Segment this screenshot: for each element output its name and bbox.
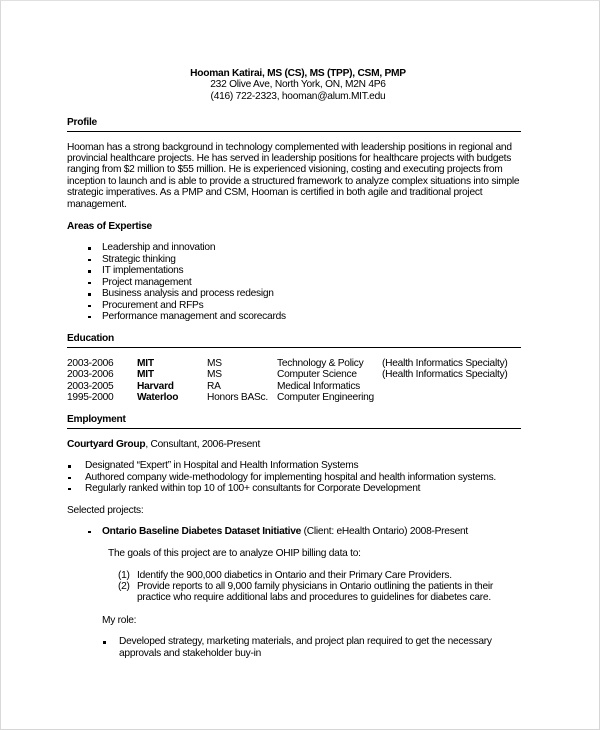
edu-field: Computer Engineering	[277, 392, 382, 403]
role-list: Developed strategy, marketing materials,…	[67, 636, 521, 659]
list-item: Authored company wide-methodology for im…	[67, 472, 521, 483]
selected-projects-label: Selected projects:	[67, 505, 521, 516]
list-item: Project management	[67, 277, 521, 288]
edu-years: 2003-2006	[67, 358, 137, 369]
role-label: My role:	[102, 615, 521, 626]
project-line: Ontario Baseline Diabetes Dataset Initia…	[67, 526, 521, 537]
project-name: Ontario Baseline Diabetes Dataset Initia…	[102, 526, 301, 537]
employment-heading: Employment	[67, 414, 521, 428]
list-item: Business analysis and process redesign	[67, 288, 521, 299]
list-item: Developed strategy, marketing materials,…	[67, 636, 521, 659]
edu-note	[382, 381, 508, 392]
table-row: 2003-2006 MIT MS Computer Science (Healt…	[67, 369, 508, 380]
education-table: 2003-2006 MIT MS Technology & Policy (He…	[67, 358, 508, 404]
project-goals-intro: The goals of this project are to analyze…	[108, 548, 521, 559]
job-company: Courtyard Group	[67, 439, 145, 450]
list-item: Regularly ranked within top 10 of 100+ c…	[67, 483, 521, 494]
edu-degree: MS	[207, 358, 277, 369]
contact-line: (416) 722-2323, hooman@alum.MIT.edu	[75, 91, 521, 102]
edu-field: Medical Informatics	[277, 381, 382, 392]
edu-school: Harvard	[137, 381, 207, 392]
job-bullets: Designated “Expert” in Hospital and Heal…	[67, 460, 521, 494]
edu-school: MIT	[137, 358, 207, 369]
project-details: (Client: eHealth Ontario) 2008-Present	[301, 526, 468, 537]
job-line: Courtyard Group, Consultant, 2006-Presen…	[67, 439, 521, 450]
edu-years: 2003-2005	[67, 381, 137, 392]
list-item: (1) Identify the 900,000 diabetics in On…	[67, 570, 521, 581]
profile-heading: Profile	[67, 117, 521, 131]
edu-note	[382, 392, 508, 403]
list-item: Strategic thinking	[67, 254, 521, 265]
edu-years: 2003-2006	[67, 369, 137, 380]
expertise-heading: Areas of Expertise	[67, 221, 521, 232]
profile-text: Hooman has a strong background in techno…	[67, 142, 521, 210]
education-heading: Education	[67, 333, 521, 347]
goals-list: (1) Identify the 900,000 diabetics in On…	[67, 570, 521, 604]
list-item: Designated “Expert” in Hospital and Heal…	[67, 460, 521, 471]
goal-text: Identify the 900,000 diabetics in Ontari…	[137, 570, 452, 581]
edu-degree: RA	[207, 381, 277, 392]
edu-degree: MS	[207, 369, 277, 380]
edu-school: MIT	[137, 369, 207, 380]
goal-text: Provide reports to all 9,000 family phys…	[137, 581, 493, 603]
edu-note: (Health Informatics Specialty)	[382, 369, 508, 380]
list-item: Performance management and scorecards	[67, 311, 521, 322]
edu-field: Technology & Policy	[277, 358, 382, 369]
list-item: (2) Provide reports to all 9,000 family …	[67, 581, 521, 604]
list-item: Procurement and RFPs	[67, 300, 521, 311]
resume-header: Hooman Katirai, MS (CS), MS (TPP), CSM, …	[75, 68, 521, 102]
edu-years: 1995-2000	[67, 392, 137, 403]
candidate-name: Hooman Katirai, MS (CS), MS (TPP), CSM, …	[75, 68, 521, 79]
table-row: 2003-2006 MIT MS Technology & Policy (He…	[67, 358, 508, 369]
job-details: , Consultant, 2006-Present	[145, 439, 260, 450]
expertise-list: Leadership and innovation Strategic thin…	[67, 242, 521, 322]
list-item: IT implementations	[67, 265, 521, 276]
edu-school: Waterloo	[137, 392, 207, 403]
resume-page: Hooman Katirai, MS (CS), MS (TPP), CSM, …	[67, 68, 521, 659]
table-row: 2003-2005 Harvard RA Medical Informatics	[67, 381, 508, 392]
edu-field: Computer Science	[277, 369, 382, 380]
edu-degree: Honors BASc.	[207, 392, 277, 403]
address-line: 232 Olive Ave, North York, ON, M2N 4P6	[75, 79, 521, 90]
list-item: Leadership and innovation	[67, 242, 521, 253]
goal-number: (1)	[118, 570, 130, 581]
table-row: 1995-2000 Waterloo Honors BASc. Computer…	[67, 392, 508, 403]
edu-note: (Health Informatics Specialty)	[382, 358, 508, 369]
goal-number: (2)	[118, 581, 130, 592]
